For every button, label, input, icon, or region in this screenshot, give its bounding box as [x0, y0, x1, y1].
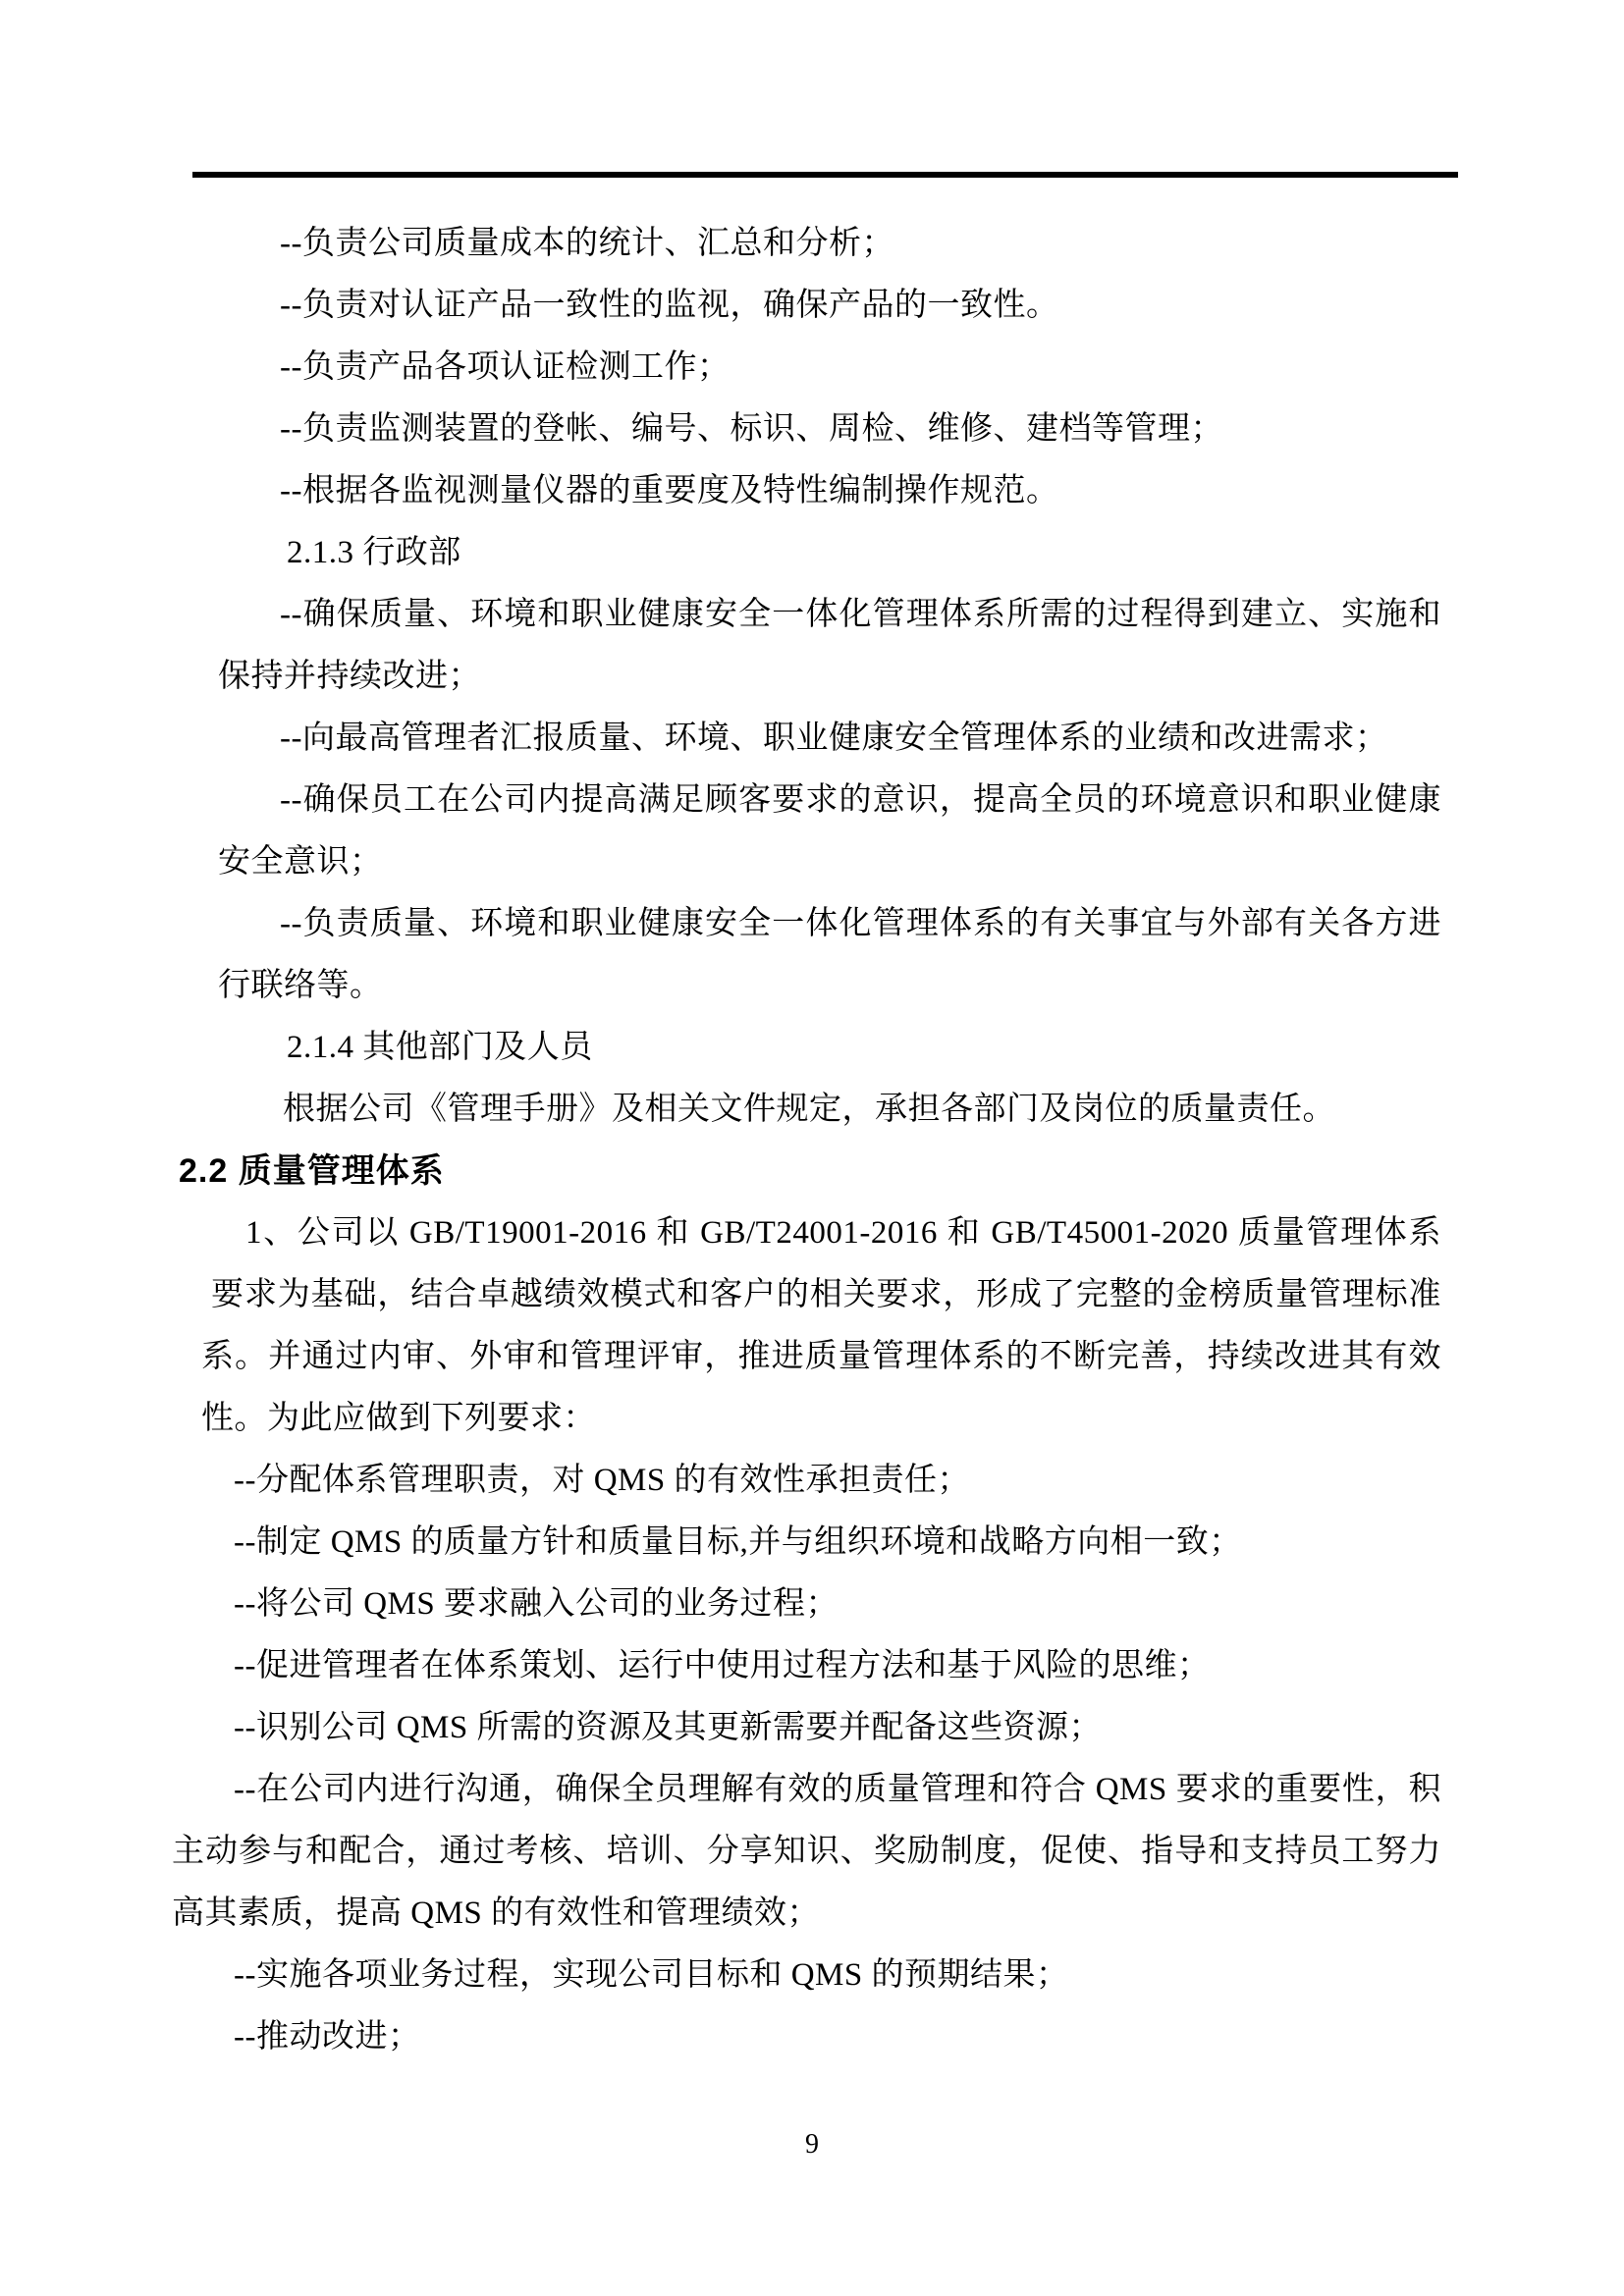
text-line: --推动改进； [234, 2006, 420, 2067]
text-line: --向最高管理者汇报质量、环境、职业健康安全管理体系的业绩和改进需求； [280, 708, 1387, 769]
text-line: --分配体系管理职责，对 QMS 的有效性承担责任； [234, 1450, 970, 1511]
text-line: --负责公司质量成本的统计、汇总和分析； [280, 213, 894, 274]
text-line: --促进管理者在体系策划、运行中使用过程方法和基于风险的思维； [234, 1635, 1210, 1696]
text-line: --在公司内进行沟通，确保全员理解有效的质量管理和符合 QMS 要求的重要性，积… [234, 1759, 1441, 1820]
text-line: --实施各项业务过程，实现公司目标和 QMS 的预期结果； [234, 1945, 1069, 2005]
text-line: --负责监测装置的登帐、编号、标识、周检、维修、建档等管理； [280, 399, 1223, 459]
text-line: 2.1.3 行政部 [287, 522, 461, 583]
text-line: --负责对认证产品一致性的监视，确保产品的一致性。 [280, 275, 1058, 336]
text-line: --识别公司 QMS 所需的资源及其更新需要并配备这些资源； [234, 1697, 1102, 1758]
document-page: --负责公司质量成本的统计、汇总和分析；--负责对认证产品一致性的监视，确保产品… [0, 0, 1624, 2296]
text-line: 1、公司以 GB/T19001-2016 和 GB/T24001-2016 和 … [245, 1202, 1441, 1263]
text-line: --负责质量、环境和职业健康安全一体化管理体系的有关事宜与外部有关各方进 [280, 893, 1441, 954]
text-line: --确保质量、环境和职业健康安全一体化管理体系所需的过程得到建立、实施和 [280, 584, 1441, 645]
text-line: --将公司 QMS 要求融入公司的业务过程； [234, 1574, 839, 1634]
section-heading: 2.2 质量管理体系 [179, 1141, 445, 1201]
text-line: 主动参与和配合，通过考核、培训、分享知识、奖励制度，促使、指导和支持员工努力提 [172, 1821, 1441, 1882]
text-line: --负责产品各项认证检测工作； [280, 337, 730, 398]
text-line: 系。并通过内审、外审和管理评审，推进质量管理体系的不断完善，持续改进其有效 [201, 1326, 1441, 1387]
text-line: 性。为此应做到下列要求： [201, 1388, 596, 1449]
text-line: --确保员工在公司内提高满足顾客要求的意识，提高全员的环境意识和职业健康 [280, 770, 1441, 830]
text-line: 安全意识； [218, 831, 383, 892]
text-line: 2.1.4 其他部门及人员 [287, 1017, 593, 1078]
text-line: --制定 QMS 的质量方针和质量目标,并与组织环境和战略方向相一致； [234, 1512, 1242, 1573]
text-line: 根据公司《管理手册》及相关文件规定，承担各部门及岗位的质量责任。 [283, 1079, 1335, 1140]
text-line: 行联络等。 [218, 955, 383, 1016]
text-line: 要求为基础，结合卓越绩效模式和客户的相关要求，形成了完整的金榜质量管理标准体 [211, 1264, 1441, 1325]
page-number: 9 [0, 2114, 1624, 2175]
text-line: --根据各监视测量仪器的重要度及特性编制操作规范。 [280, 460, 1058, 521]
text-line: 高其素质，提高 QMS 的有效性和管理绩效； [172, 1883, 820, 1944]
header-rule [192, 172, 1458, 178]
text-line: 保持并持续改进； [218, 646, 481, 707]
